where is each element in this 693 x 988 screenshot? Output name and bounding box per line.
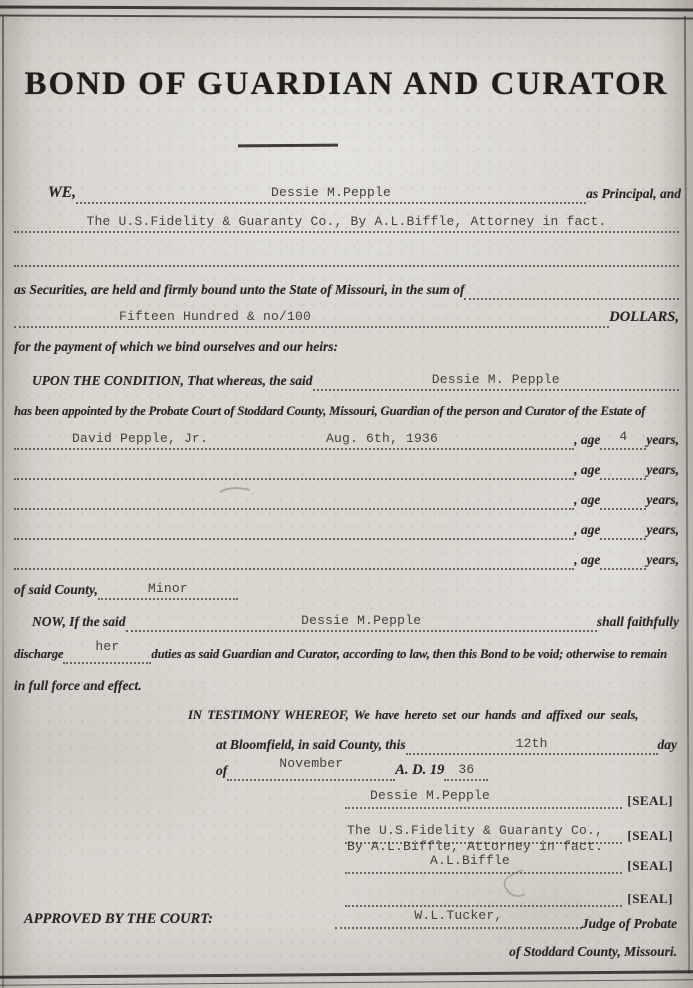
pronoun-field: her	[63, 640, 151, 664]
bottom-border-rule	[0, 970, 693, 986]
discharge-suffix: duties as said Guardian and Curator, acc…	[151, 647, 667, 664]
shall-faithfully-label: shall faithfully	[597, 614, 679, 632]
approval-label-row: APPROVED BY THE COURT:	[24, 906, 213, 930]
ward-name-value: David Pepple, Jr.	[72, 431, 208, 448]
signature-row-3: A.L.Biffle [SEAL]	[345, 850, 673, 874]
of-stoddard-label: of Stoddard County, Missouri.	[509, 944, 677, 962]
place-row: at Bloomfield, in said County, this 12th…	[216, 731, 677, 755]
dotted-line	[14, 486, 574, 510]
age-label: , age	[574, 492, 600, 510]
age-field	[600, 486, 646, 510]
condition-prefix: UPON THE CONDITION, That whereas, the sa…	[32, 373, 313, 391]
top-border-rule	[0, 5, 693, 19]
seal-label: [SEAL]	[622, 793, 673, 809]
dotted-line	[14, 546, 574, 570]
years-label: years,	[646, 552, 679, 570]
surety-row: The U.S.Fidelity & Guaranty Co., By A.L.…	[14, 209, 679, 233]
judge-signature-value: W.L.Tucker,	[414, 908, 502, 923]
seal-label: [SEAL]	[622, 828, 673, 844]
amount-value: Fifteen Hundred & no/100	[119, 309, 311, 326]
principal-name-value: Dessie M.Pepple	[271, 185, 391, 202]
age-label: , age	[574, 462, 600, 480]
judge-signature-row: W.L.Tucker, Judge of Probate	[335, 905, 677, 929]
day-label: day	[658, 737, 678, 755]
now-prefix: NOW, If the said	[32, 614, 126, 632]
condition-row: UPON THE CONDITION, That whereas, the sa…	[32, 367, 679, 391]
place-prefix: at Bloomfield, in said County, this	[216, 737, 406, 755]
payment-row: for the payment of which we bind ourselv…	[14, 333, 338, 357]
approved-label: APPROVED BY THE COURT:	[24, 911, 213, 930]
empty-surety-row	[14, 243, 679, 267]
signature-line: Dessie M.Pepple	[345, 785, 622, 809]
principal-row: WE, Dessie M.Pepple as Principal, and	[48, 180, 681, 204]
ward-row-empty: , age years,	[14, 456, 679, 480]
age-field: 4	[600, 426, 646, 450]
ward-row-empty: , age years,	[14, 546, 679, 570]
dotted-line	[14, 456, 574, 480]
county-row: of said County, Minor	[14, 576, 679, 600]
appointment-date-value: Aug. 6th, 1936	[326, 431, 438, 448]
surety-field: The U.S.Fidelity & Guaranty Co., By A.L.…	[14, 209, 679, 233]
securities-row: as Securities, are held and firmly bound…	[14, 276, 679, 300]
force-clause: in full force and effect.	[14, 678, 142, 696]
ad19-label: A. D. 19	[395, 762, 444, 781]
ward-name-field: David Pepple, Jr. Aug. 6th, 1936	[14, 426, 574, 450]
minor-value: Minor	[148, 581, 188, 598]
surety-value: The U.S.Fidelity & Guaranty Co., By A.L.…	[86, 214, 606, 231]
stoddard-row: of Stoddard County, Missouri.	[400, 938, 677, 962]
of-said-county-label: of said County,	[14, 582, 98, 600]
years-label: years,	[646, 462, 679, 480]
force-row: in full force and effect.	[14, 672, 142, 696]
judge-signature-line: W.L.Tucker,	[335, 905, 582, 929]
year-field: 36	[444, 757, 488, 781]
years-label: years,	[646, 492, 679, 510]
year-value: 36	[458, 762, 474, 779]
signature-line	[345, 883, 622, 907]
amount-field: Fifteen Hundred & no/100	[14, 304, 609, 328]
left-page-edge	[2, 16, 4, 988]
now-name-value: Dessie M.Pepple	[301, 613, 421, 630]
age-field	[600, 456, 646, 480]
seal-label: [SEAL]	[622, 858, 673, 874]
dotted-line	[14, 516, 574, 540]
dotted-line	[464, 276, 679, 300]
condition-name-value: Dessie M. Pepple	[432, 372, 560, 389]
age-field	[600, 516, 646, 540]
testimony-clause: IN TESTIMONY WHEREOF, We have hereto set…	[188, 708, 638, 725]
title-divider	[238, 144, 338, 148]
dotted-line	[14, 243, 679, 267]
date-row: of November A. D. 19 36	[216, 757, 677, 781]
right-page-edge	[684, 16, 690, 974]
condition-name-field: Dessie M. Pepple	[313, 367, 679, 391]
signature2-value: The U.S.Fidelity & Guaranty Co.,	[347, 823, 603, 838]
as-principal-label: as Principal, and	[586, 186, 681, 204]
age-field	[600, 546, 646, 570]
testimony-row: IN TESTIMONY WHEREOF, We have hereto set…	[188, 701, 681, 725]
appointment-row: has been appointed by the Probate Court …	[14, 397, 645, 421]
years-label: years,	[646, 432, 679, 450]
we-label: WE,	[48, 184, 76, 204]
discharge-row: discharge her duties as said Guardian an…	[14, 640, 683, 664]
age-label: , age	[574, 552, 600, 570]
appointment-clause: has been appointed by the Probate Court …	[14, 404, 645, 421]
signature-row-1: Dessie M.Pepple [SEAL]	[345, 785, 673, 809]
ward-row: David Pepple, Jr. Aug. 6th, 1936 , age 4…	[14, 426, 679, 450]
years-label: years,	[646, 522, 679, 540]
dollars-label: DOLLARS,	[609, 309, 679, 328]
scanned-document: BOND OF GUARDIAN AND CURATOR WE, Dessie …	[0, 0, 693, 988]
principal-name-field: Dessie M.Pepple	[76, 180, 586, 204]
now-row: NOW, If the said Dessie M.Pepple shall f…	[32, 608, 679, 632]
age-label: , age	[574, 432, 600, 450]
age-label: , age	[574, 522, 600, 540]
age-value: 4	[619, 429, 627, 444]
signature3-value: A.L.Biffle	[430, 853, 510, 868]
amount-row: Fifteen Hundred & no/100 DOLLARS,	[14, 304, 679, 328]
payment-clause: for the payment of which we bind ourselv…	[14, 339, 338, 357]
month-value: November	[279, 756, 343, 771]
page-title: BOND OF GUARDIAN AND CURATOR	[0, 66, 693, 103]
day-value: 12th	[516, 736, 548, 753]
signature1-value: Dessie M.Pepple	[370, 788, 490, 803]
judge-of-probate-label: Judge of Probate	[582, 916, 677, 934]
minor-field: Minor	[98, 576, 238, 600]
month-field: November	[227, 757, 395, 781]
day-field: 12th	[406, 731, 658, 755]
signature-row-4: [SEAL]	[345, 883, 673, 907]
discharge-label: discharge	[14, 647, 63, 664]
now-name-field: Dessie M.Pepple	[126, 608, 597, 632]
signature-line: A.L.Biffle	[345, 850, 622, 874]
securities-clause: as Securities, are held and firmly bound…	[14, 282, 464, 300]
ward-row-empty: , age years,	[14, 516, 679, 540]
pronoun-value: her	[95, 639, 119, 654]
ward-row-empty: , age years,	[14, 486, 679, 510]
of-label: of	[216, 763, 227, 781]
